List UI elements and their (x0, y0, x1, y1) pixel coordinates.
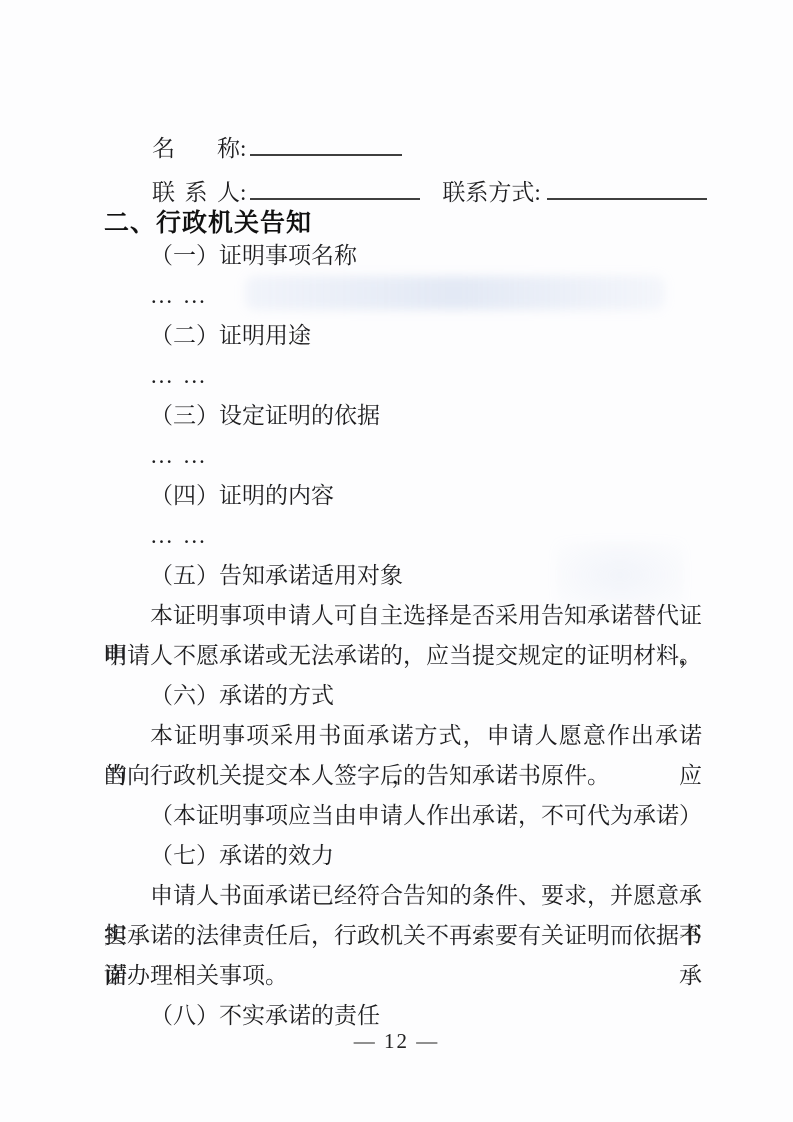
paragraph-line: 本证明事项采用书面承诺方式，申请人愿意作出承诺的，应 (104, 716, 702, 756)
ellipsis-line: … … (104, 436, 702, 476)
paragraph-line: 申请人书面承诺已经符合告知的条件、要求，并愿意承担不 (104, 876, 702, 916)
item-5-title: （五）告知承诺适用对象 (104, 556, 702, 596)
page-number: — 12 — (0, 1026, 793, 1056)
contact-colon: : (240, 176, 246, 210)
ellipsis-line: … … (104, 516, 702, 556)
item-6-title: （六）承诺的方式 (104, 676, 702, 716)
paragraph-line: 实承诺的法律责任后，行政机关不再索要有关证明而依据书面承 (104, 916, 702, 956)
paragraph-line: 申请人不愿承诺或无法承诺的，应当提交规定的证明材料。 (104, 636, 702, 676)
contact-underline (250, 172, 420, 200)
paragraph-line: 本证明事项申请人可自主选择是否采用告知承诺替代证明， (104, 596, 702, 636)
body-text: （一）证明事项名称 … … （二）证明用途 … … （三）设定证明的依据 … …… (104, 236, 702, 1036)
contact-label: 联系人 (152, 176, 240, 210)
item-2-title: （二）证明用途 (104, 316, 702, 356)
item-7-title: （七）承诺的效力 (104, 836, 702, 876)
parenthetical-note: （本证明事项应当由申请人作出承诺，不可代为承诺） (104, 796, 702, 836)
name-colon: : (240, 132, 246, 166)
ellipsis-line: … … (104, 276, 702, 316)
ellipsis-line: … … (104, 356, 702, 396)
item-3-title: （三）设定证明的依据 (104, 396, 702, 436)
name-underline (250, 128, 402, 156)
name-label: 名称 (152, 132, 240, 166)
document-page: 名称: 联系人:联系方式: 二、行政机关告知 （一）证明事项名称 … … （二）… (0, 0, 793, 1122)
contact-method-underline (547, 172, 707, 200)
item-4-title: （四）证明的内容 (104, 476, 702, 516)
item-1-title: （一）证明事项名称 (104, 236, 702, 276)
name-field-row: 名称: (104, 128, 702, 164)
contact-method-label: 联系方式: (442, 180, 540, 205)
contact-field-row: 联系人:联系方式: (104, 172, 702, 208)
section-heading: 二、行政机关告知 (104, 208, 702, 238)
